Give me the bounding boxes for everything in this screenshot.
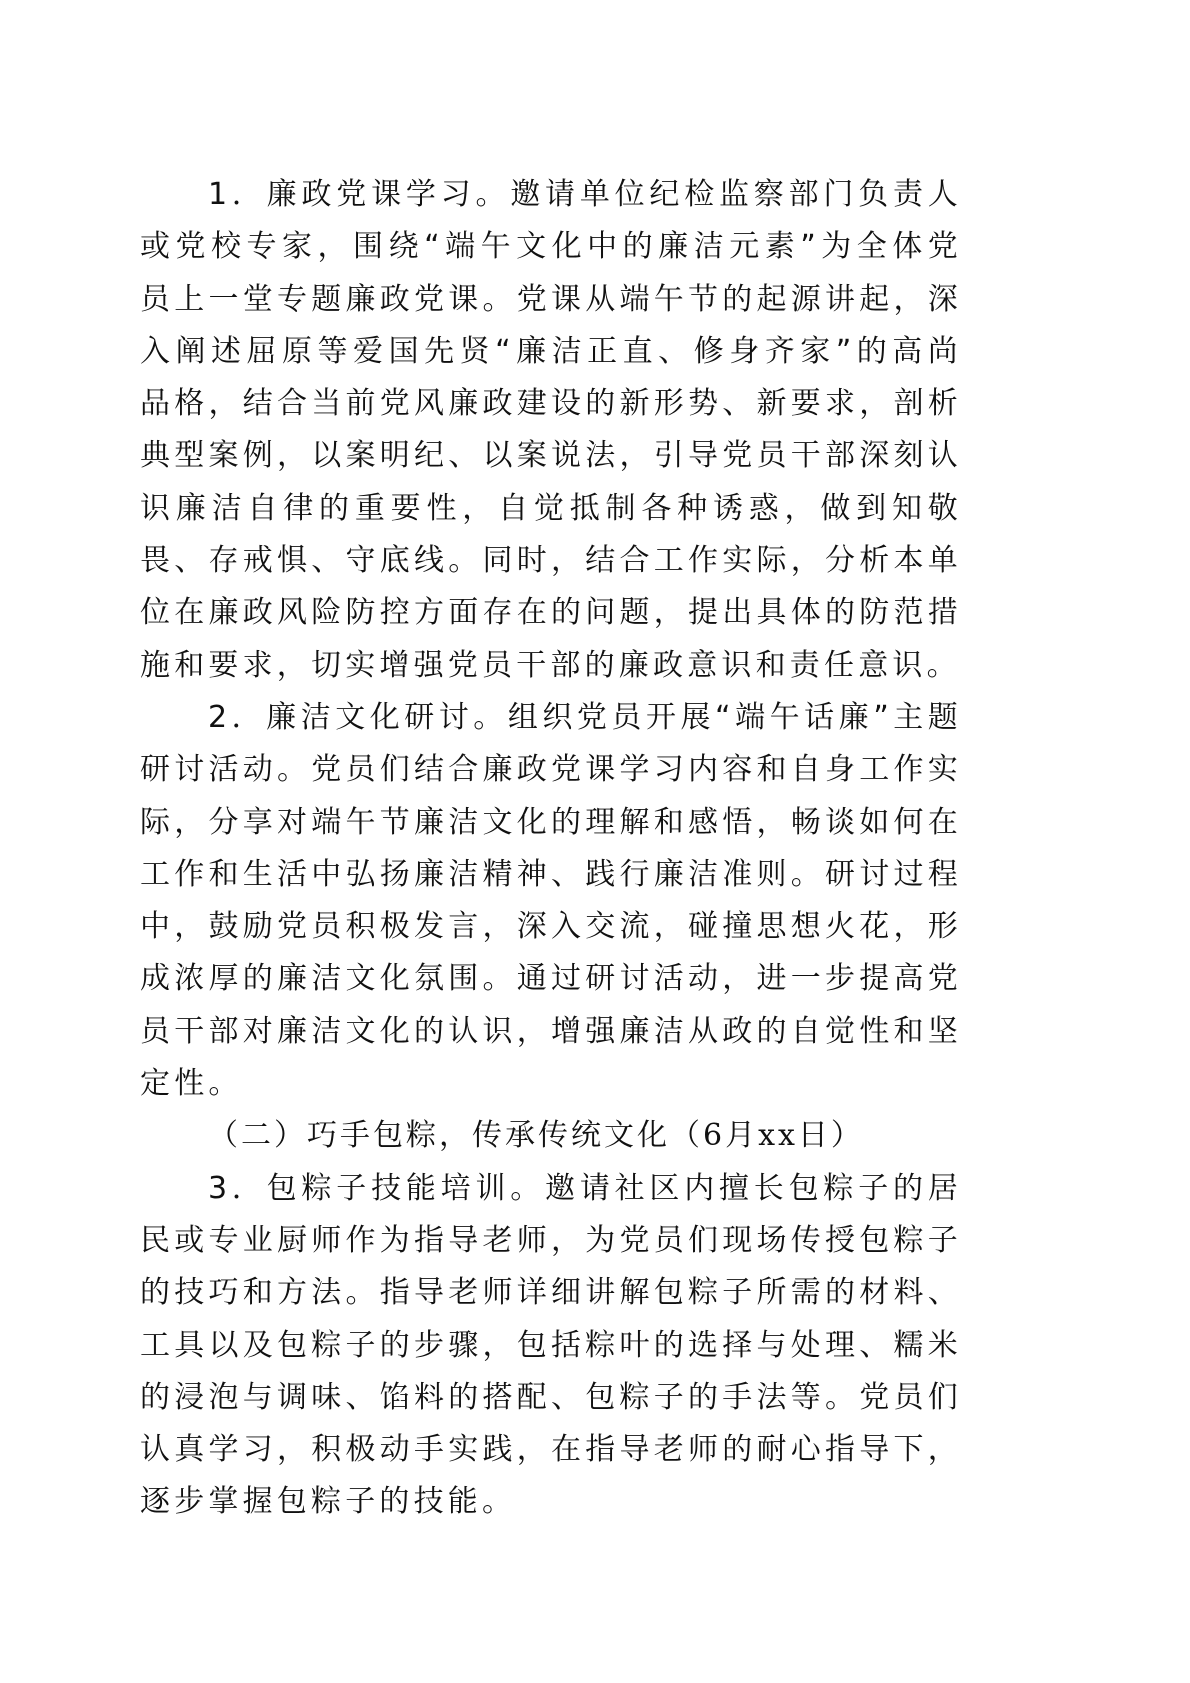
section-subheading: （二）巧手包粽，传承传统文化（6月xx日） xyxy=(140,1110,962,1162)
paragraph-culture-seminar: 2．廉洁文化研讨。组织党员开展“端午话廉”主题研讨活动。党员们结合廉政党课学习内… xyxy=(140,692,962,1110)
paragraph-party-lesson: 1．廉政党课学习。邀请单位纪检监察部门负责人或党校专家，围绕“端午文化中的廉洁元… xyxy=(140,169,962,692)
paragraph-zongzi-training: 3．包粽子技能培训。邀请社区内擅长包粽子的居民或专业厨师作为指导老师，为党员们现… xyxy=(140,1163,962,1529)
document-page: 1．廉政党课学习。邀请单位纪检监察部门负责人或党校专家，围绕“端午文化中的廉洁元… xyxy=(140,169,962,1529)
